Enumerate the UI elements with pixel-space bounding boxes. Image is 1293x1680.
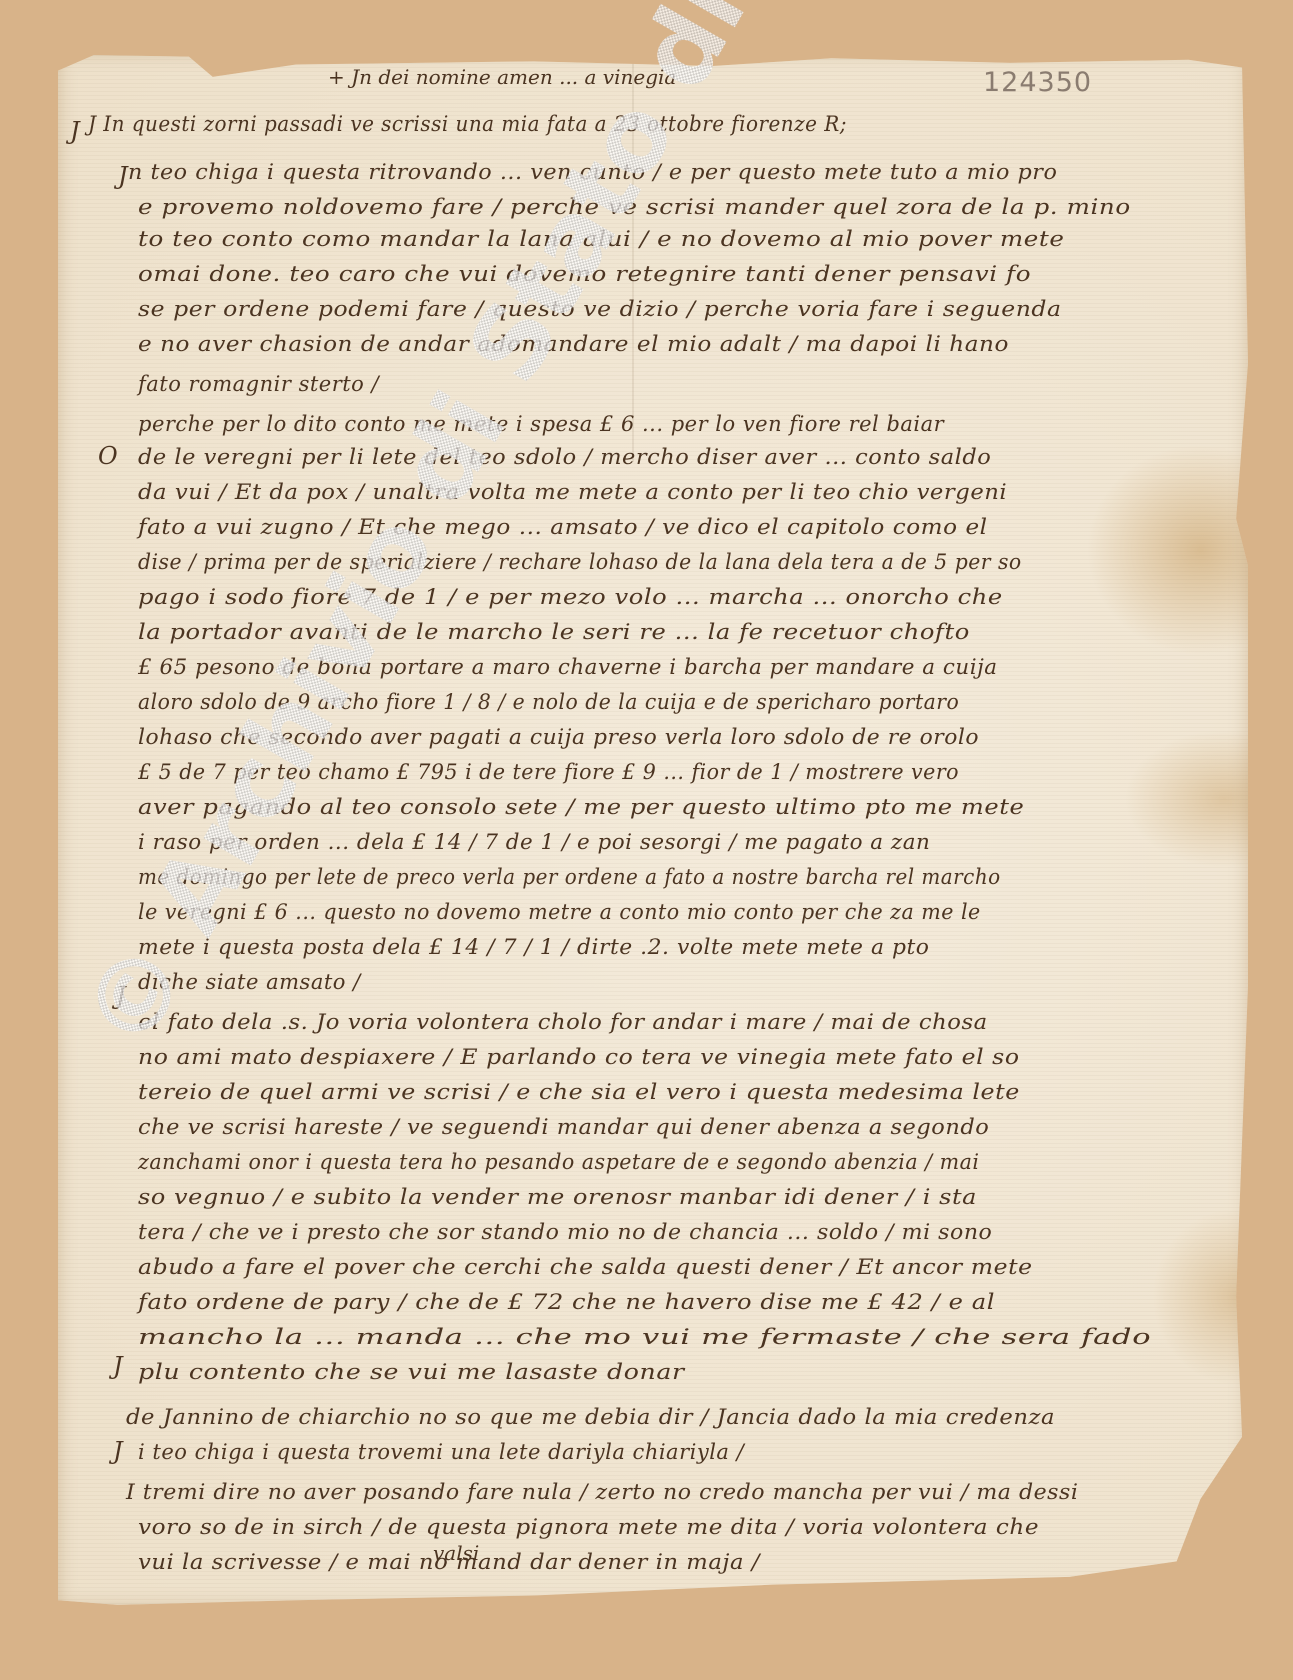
text-line: plu contento che se vui me lasaste donar	[138, 1360, 685, 1384]
text-line: pago i sodo fiore 7 de 1 / e per mezo vo…	[138, 585, 1003, 609]
text-line: fato a vui zugno / Et che mego ... amsat…	[138, 515, 988, 539]
text-line: se per ordene podemi fare / questo ve di…	[138, 297, 1062, 321]
text-line: voro so de in sirch / de questa pignora …	[138, 1515, 1039, 1539]
text-line: n teo chiga i questa ritrovando ... ven …	[128, 160, 1057, 184]
text-line: £ 65 pesono de bona portare a maro chave…	[138, 655, 998, 679]
text-line: zanchami onor i questa tera ho pesando a…	[138, 1150, 979, 1174]
text-line: dise / prima per de sperialziere / recha…	[138, 550, 1022, 574]
text-line: e provemo noldovemo fare / perche ve scr…	[138, 195, 1131, 219]
document-heading: + Jn dei nomine amen ... a vinegia	[328, 65, 676, 89]
text-line: mancho la ... manda ... che mo vui me fe…	[138, 1325, 1151, 1349]
text-line: abudo a fare el pover che cerchi che sal…	[138, 1255, 1033, 1279]
text-line: lohaso che secondo aver pagati a cuija p…	[138, 725, 979, 749]
margin-mark: O	[98, 442, 118, 470]
archive-number: 124350	[983, 67, 1092, 98]
text-line: to teo conto como mandar la lana alui / …	[138, 227, 1065, 251]
margin-mark: J	[113, 1352, 123, 1380]
text-line: la portador avanti de le marcho le seri …	[138, 620, 970, 644]
text-line: mete i questa posta dela £ 14 / 7 / 1 / …	[138, 935, 929, 959]
text-line: £ 5 de 7 per teo chamo £ 795 i de tere f…	[138, 760, 959, 784]
manuscript-sheet: + Jn dei nomine amen ... a vinegia 12435…	[58, 52, 1248, 1608]
text-line: aver pagando al teo consolo sete / me pe…	[138, 795, 1024, 819]
text-line: tera / che ve i presto che sor stando mi…	[138, 1220, 992, 1244]
text-line: le veregni £ 6 ... questo no dovemo metr…	[138, 900, 981, 924]
margin-mark: J	[116, 982, 126, 1010]
text-line: fato ordene de pary / che de £ 72 che ne…	[138, 1290, 995, 1314]
margin-mark: J	[113, 1437, 123, 1465]
text-line: omai done. teo caro che vui dovemo reteg…	[138, 262, 1031, 286]
margin-mark: J	[118, 162, 128, 190]
text-line: I tremi dire no aver posando fare nula /…	[126, 1480, 1078, 1504]
text-line: da vui / Et da pox / unaltra volta me me…	[138, 480, 1007, 504]
text-line: aloro sdolo de 9 archo fiore 1 / 8 / e n…	[138, 690, 959, 714]
margin-mark: J	[70, 117, 80, 145]
signature: valsi	[433, 1541, 479, 1565]
text-line: me domingo per lete de preco verla per o…	[138, 865, 1001, 889]
text-line: J In questi zorni passadi ve scrissi una…	[88, 112, 847, 136]
text-line: so vegnuo / e subito la vender me orenos…	[138, 1185, 977, 1209]
text-line: fato romagnir sterto /	[138, 372, 379, 396]
text-line: perche per lo dito conto me mete i spesa…	[138, 412, 944, 436]
text-line: el fato dela .s. Jo voria volontera chol…	[138, 1010, 988, 1034]
text-line: no ami mato despiaxere / E parlando co t…	[138, 1045, 1020, 1069]
text-line: de Jannino de chiarchio no so que me deb…	[126, 1405, 1055, 1429]
text-line: e no aver chasion de andar adomandare el…	[138, 332, 1009, 356]
text-line: de le veregni per li lete del teo sdolo …	[138, 445, 991, 469]
text-line: che ve scrisi hareste / ve seguendi mand…	[138, 1115, 989, 1139]
text-line: tereio de quel armi ve scrisi / e che si…	[138, 1080, 1020, 1104]
text-line: i teo chiga i questa trovemi una lete da…	[138, 1440, 744, 1464]
text-line: diche siate amsato /	[138, 970, 361, 994]
text-line: i raso per orden ... dela £ 14 / 7 de 1 …	[138, 830, 930, 854]
